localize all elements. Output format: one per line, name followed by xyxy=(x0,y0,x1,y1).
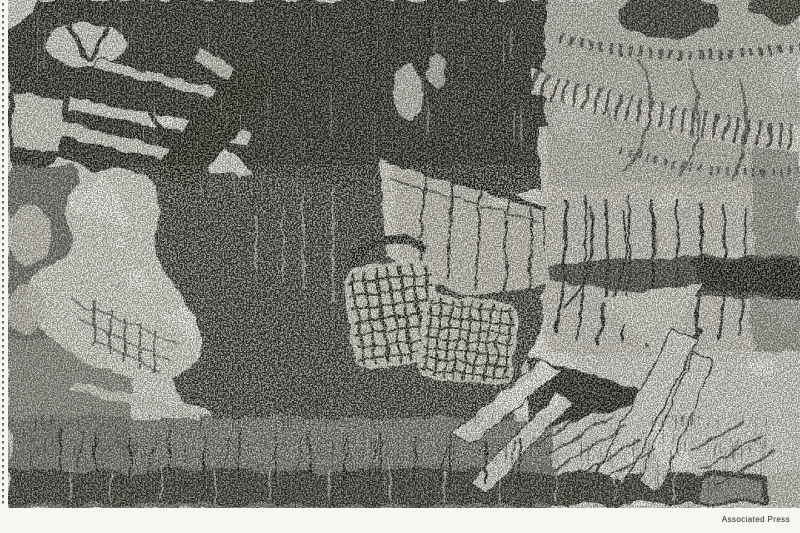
photo-credit: Associated Press xyxy=(722,515,790,524)
scanned-newspaper-photo-page: Associated Press xyxy=(0,0,800,533)
pepper-noise xyxy=(8,0,800,508)
wreckage-photo-illustration xyxy=(0,0,800,533)
